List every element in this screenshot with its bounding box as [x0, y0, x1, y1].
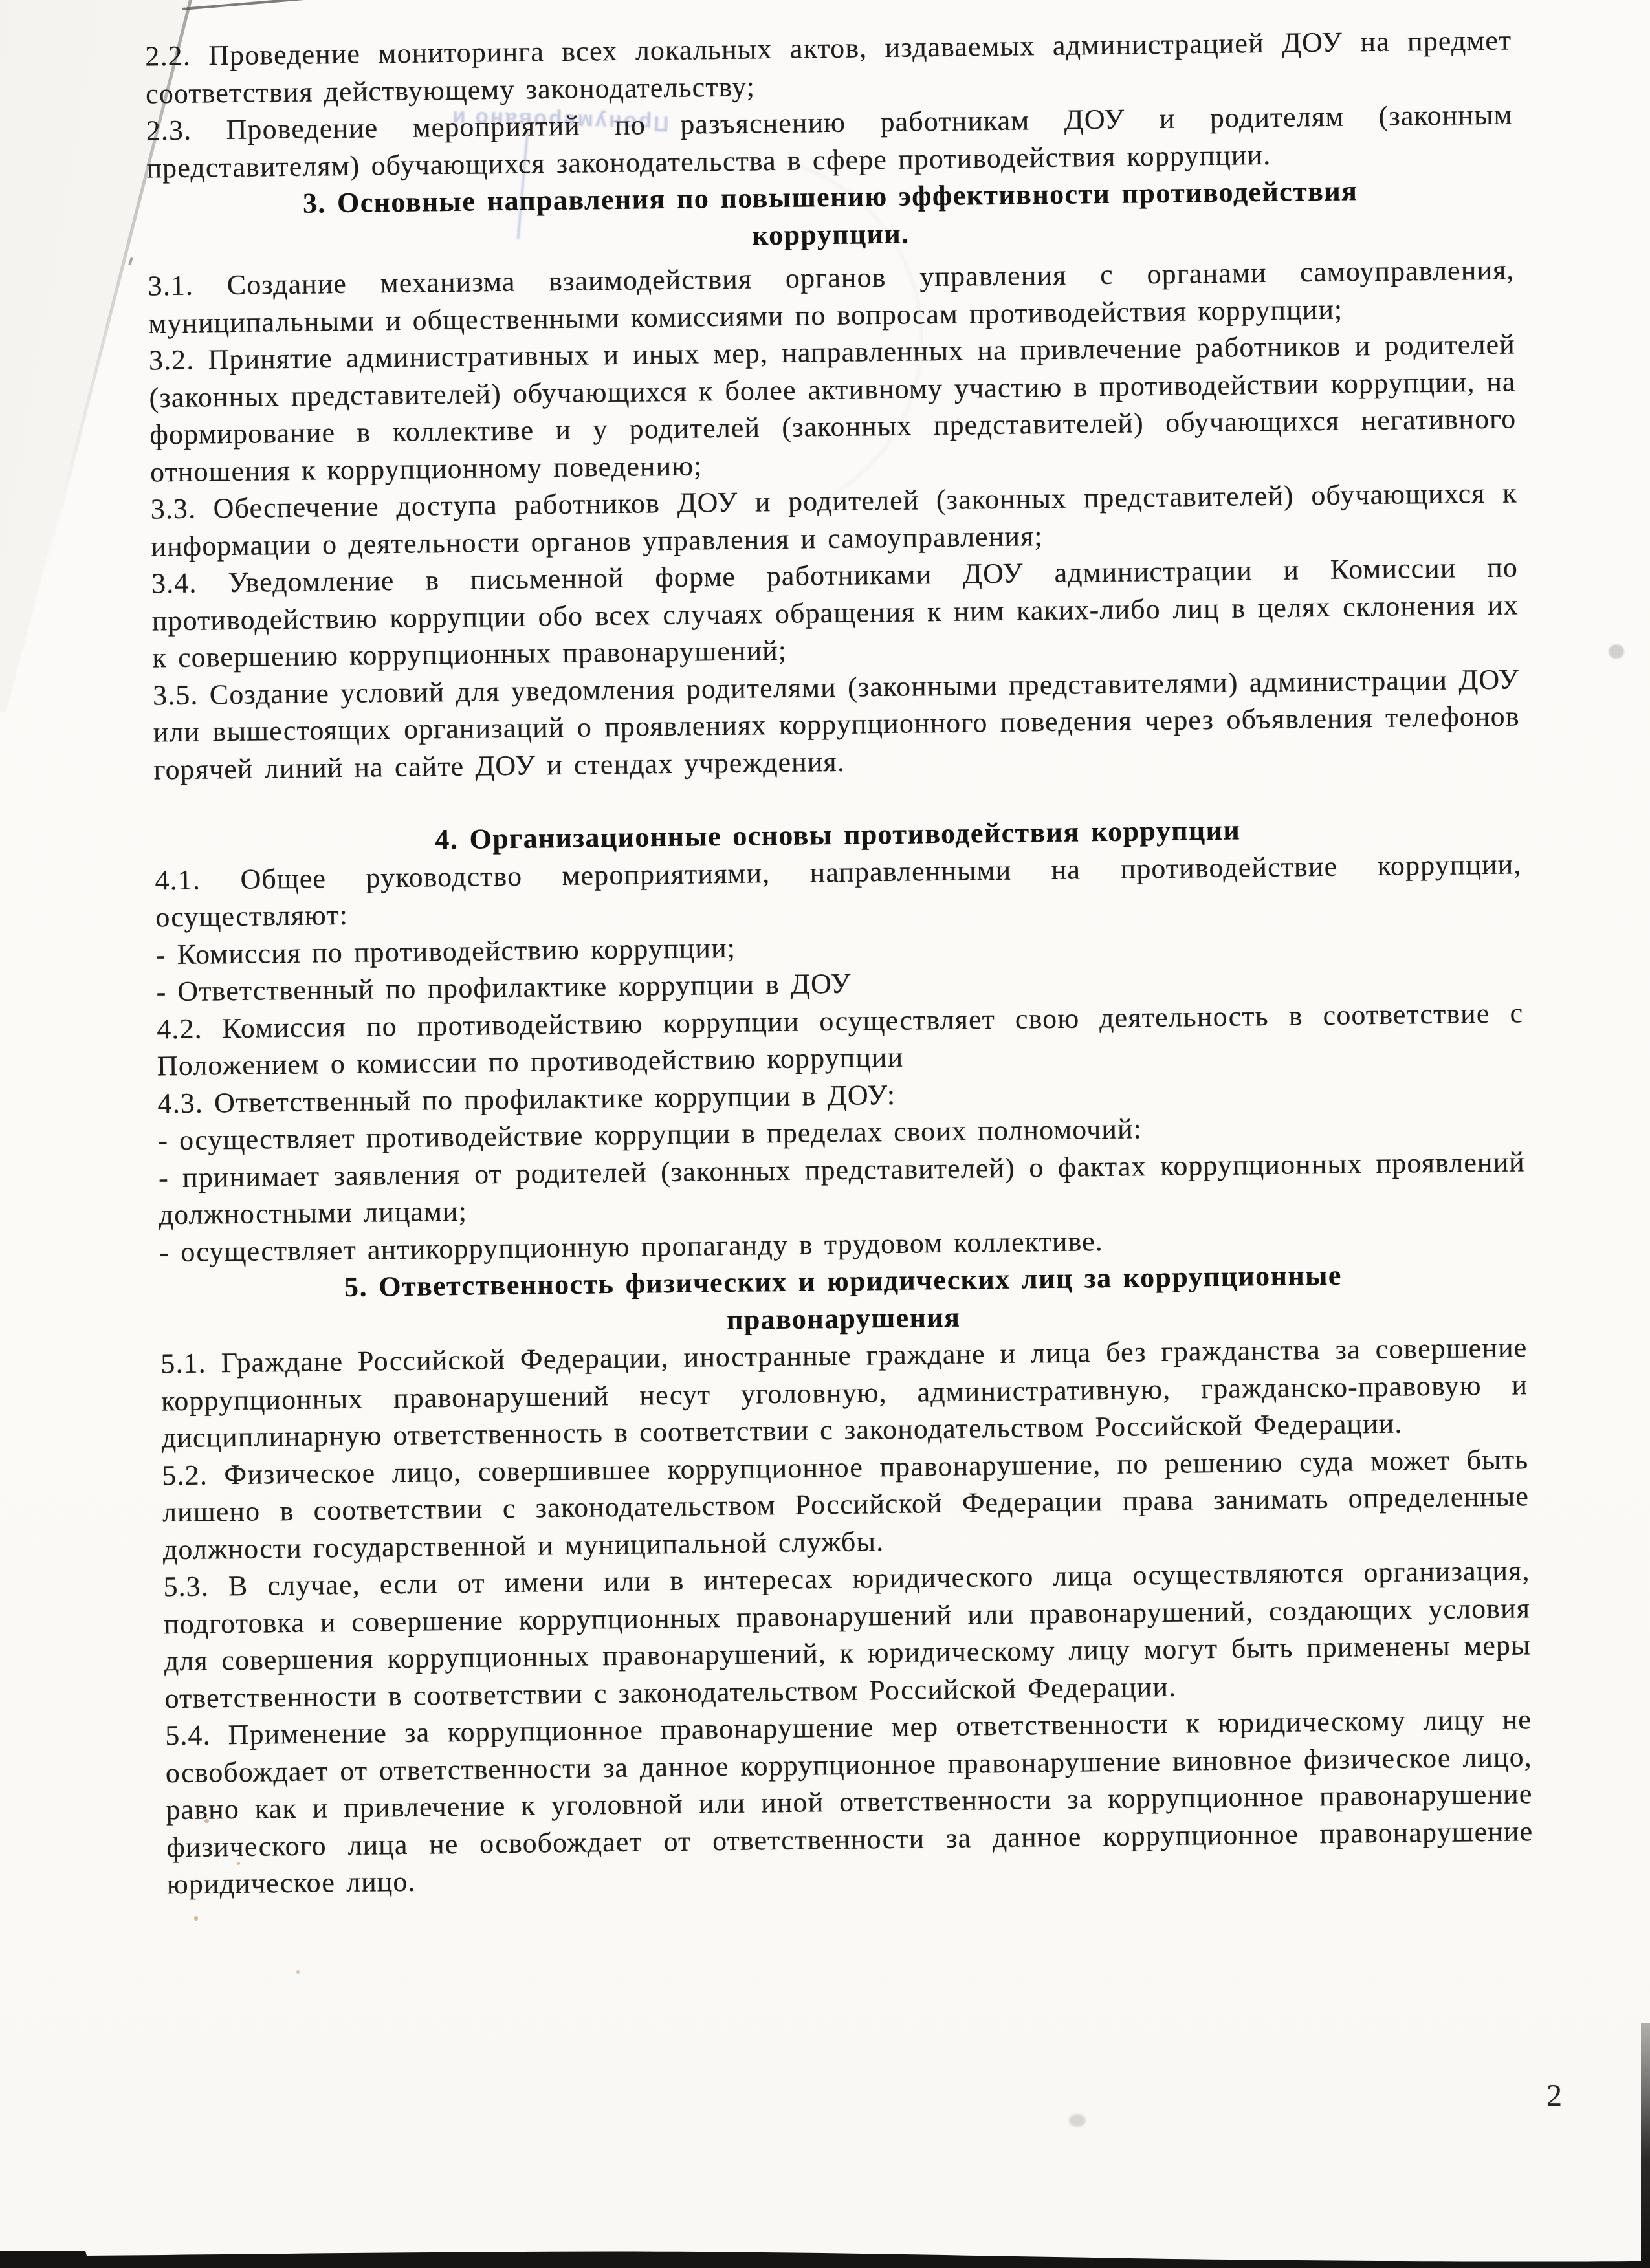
paragraph-5-1: 5.1. Граждане Российской Федерации, инос…	[160, 1329, 1528, 1457]
dust-speck	[1069, 2114, 1086, 2127]
paragraph-5-4: 5.4. Применение за коррупционное правона…	[165, 1701, 1534, 1903]
scanned-document-page: { "page": { "number": "2" }, "document":…	[0, 0, 1650, 2268]
paragraph-5-2: 5.2. Физическое лицо, совершившее корруп…	[162, 1441, 1530, 1569]
dust-speck	[128, 257, 133, 266]
document-text: 2.2. Проведение мониторинга всех локальн…	[145, 21, 1534, 1903]
paragraph-5-3: 5.3. В случае, если от имени или в интер…	[163, 1552, 1532, 1717]
dust-speck	[194, 1916, 198, 1921]
page-number: 2	[1546, 2078, 1562, 2113]
paper-background: Пронумеровано и 2.2. Проведение монитори…	[0, 0, 1650, 2268]
scan-dark-right-edge	[1641, 2023, 1650, 2268]
dust-speck	[296, 1970, 300, 1974]
paragraph-3-5: 3.5. Создание условий для уведомления ро…	[153, 660, 1521, 789]
scan-dark-bottom-edge	[0, 2240, 1650, 2268]
section-3-heading: 3. Основные направления по повышению эфф…	[147, 170, 1514, 261]
paragraph-3-4: 3.4. Уведомление в письменной форме рабо…	[151, 549, 1519, 677]
dust-speck	[1609, 644, 1624, 659]
paragraph-3-2: 3.2. Принятие административных и иных ме…	[149, 325, 1517, 490]
